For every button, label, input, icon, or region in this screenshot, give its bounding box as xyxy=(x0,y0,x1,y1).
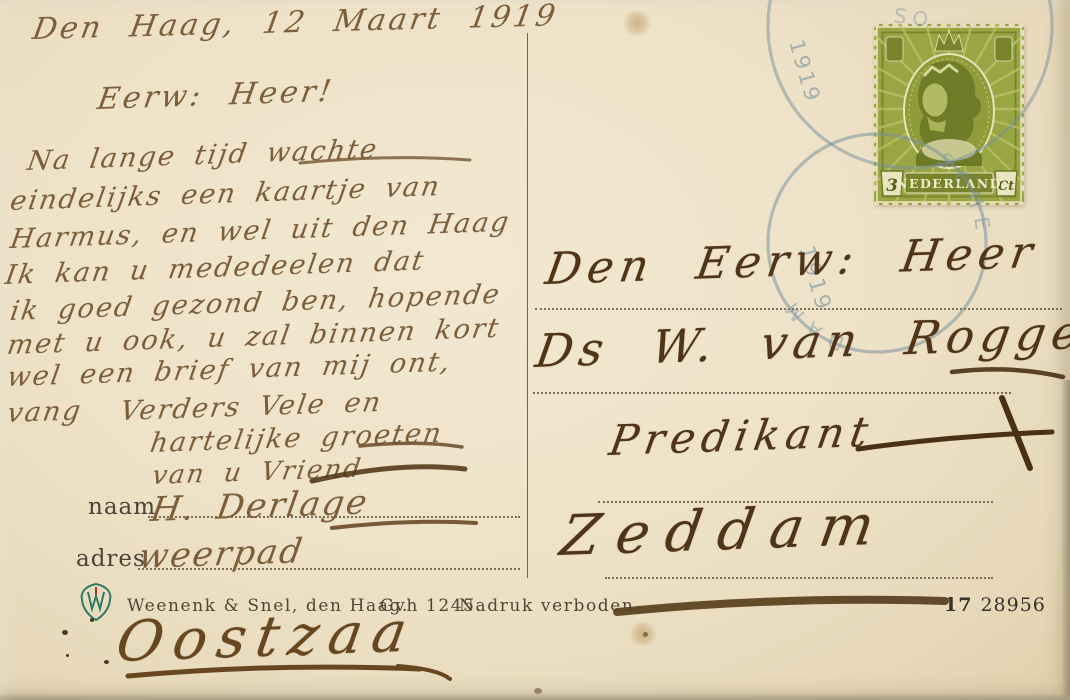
salutation: Eerw: Heer! xyxy=(95,74,336,117)
handwriting-layer: Den Haag, 12 Maart 1919 Eerw: Heer! Na l… xyxy=(0,0,1070,700)
postcard-back: naam adres xyxy=(0,0,1070,700)
address-line: Ds W. van Rogge xyxy=(532,305,1070,378)
message-line: vang xyxy=(5,395,84,429)
address-line: Zeddam xyxy=(556,493,895,569)
bottom-signature: Oostzaa xyxy=(112,600,421,675)
address-line: Den Eerw: Heer xyxy=(542,227,1042,295)
dateline: Den Haag, 12 Maart 1919 xyxy=(30,0,561,47)
message-line: eindelijks een kaartje van xyxy=(8,171,443,217)
address-line: Predikant xyxy=(606,407,877,465)
naam-value: H. Derlage xyxy=(148,482,372,530)
adres-value: weerpad xyxy=(136,531,307,577)
message-line: Na lange tijd wachte xyxy=(25,134,381,177)
